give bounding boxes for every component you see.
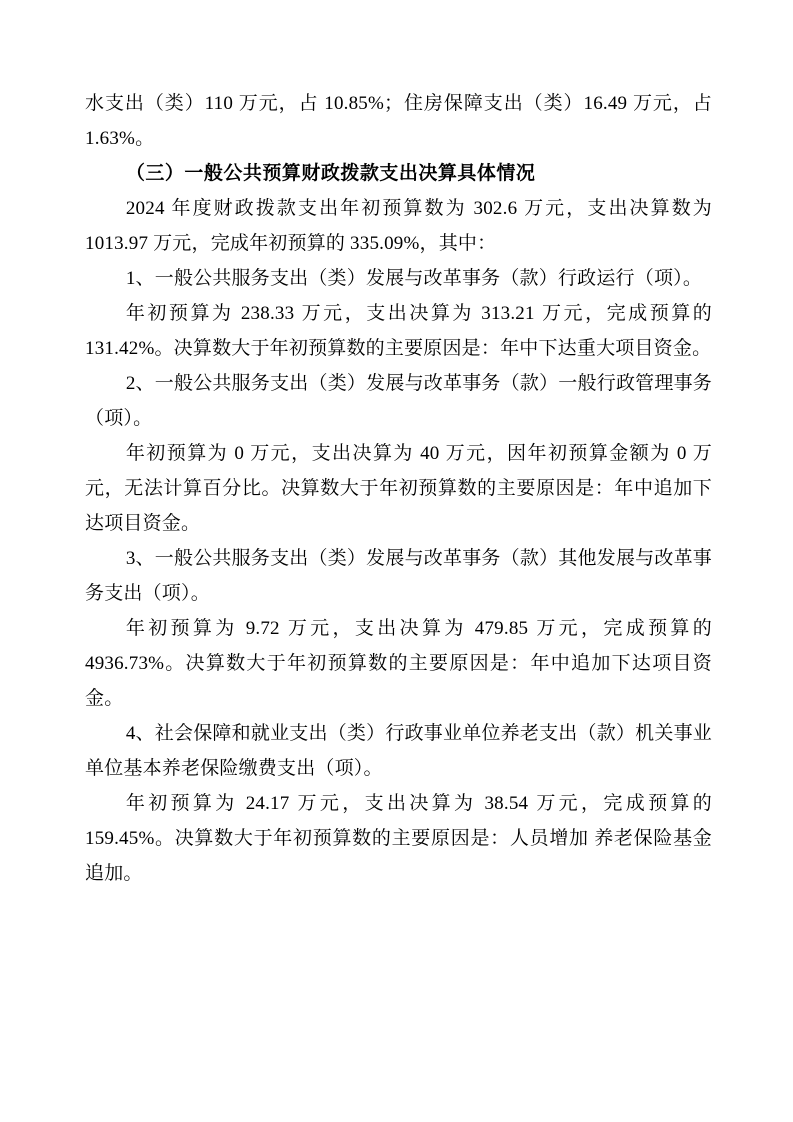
paragraph-item-4-detail: 年初预算为 24.17 万元，支出决算为 38.54 万元，完成预算的 159.…: [85, 786, 712, 891]
paragraph-item-4-title: 4、社会保障和就业支出（类）行政事业单位养老支出（款）机关事业单位基本养老保险缴…: [85, 716, 712, 786]
document-body: 水支出（类）110 万元，占 10.85%；住房保障支出（类）16.49 万元，…: [85, 86, 712, 891]
paragraph-item-3-title: 3、一般公共服务支出（类）发展与改革事务（款）其他发展与改革事务支出（项）。: [85, 541, 712, 611]
paragraph-item-1-detail: 年初预算为 238.33 万元，支出决算为 313.21 万元，完成预算的 13…: [85, 296, 712, 366]
section-heading: （三）一般公共预算财政拨款支出决算具体情况: [85, 156, 712, 191]
paragraph-item-2-title: 2、一般公共服务支出（类）发展与改革事务（款）一般行政管理事务（项）。: [85, 366, 712, 436]
document-page: 水支出（类）110 万元，占 10.85%；住房保障支出（类）16.49 万元，…: [0, 0, 793, 1122]
paragraph-item-2-detail: 年初预算为 0 万元，支出决算为 40 万元，因年初预算金额为 0 万元，无法计…: [85, 436, 712, 541]
paragraph-item-3-detail: 年初预算为 9.72 万元，支出决算为 479.85 万元，完成预算的 4936…: [85, 611, 712, 716]
paragraph-budget-overview: 2024 年度财政拨款支出年初预算数为 302.6 万元，支出决算数为 1013…: [85, 191, 712, 261]
paragraph-expenditure-continuation: 水支出（类）110 万元，占 10.85%；住房保障支出（类）16.49 万元，…: [85, 86, 712, 156]
paragraph-item-1-title: 1、一般公共服务支出（类）发展与改革事务（款）行政运行（项）。: [85, 261, 712, 296]
